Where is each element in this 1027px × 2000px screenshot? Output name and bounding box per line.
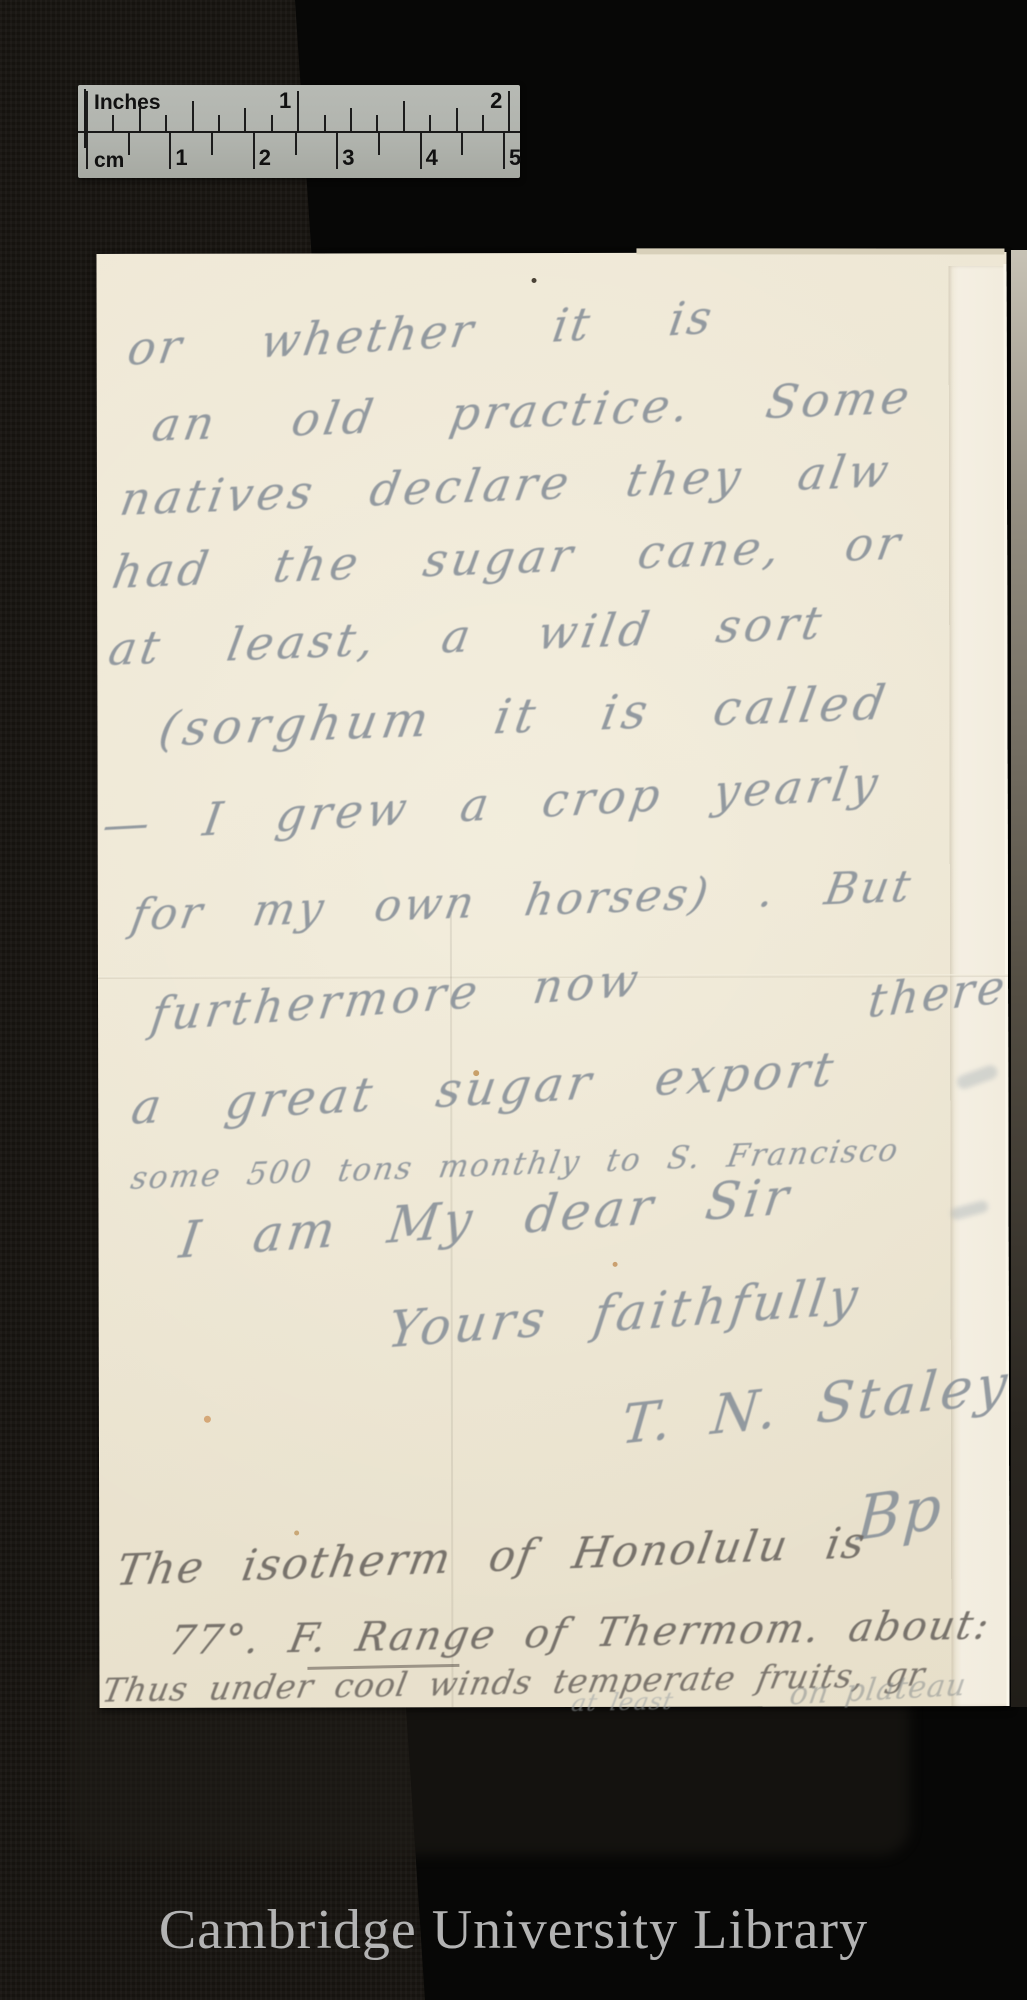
cm-tick xyxy=(503,133,505,169)
inch-tick xyxy=(482,115,484,131)
cm-tick xyxy=(420,133,422,169)
inch-tick xyxy=(376,115,378,131)
cm-tick xyxy=(253,133,255,169)
handwriting-line: (sorghum it is called xyxy=(156,678,894,753)
handwriting-line: had the sugar cane, or xyxy=(109,519,907,595)
measurement-ruler: Inches cm 12 12345 xyxy=(78,85,520,178)
letter-page: or whether it isan old practice. Somenat… xyxy=(96,252,1009,1708)
handwriting-line: a great sugar export xyxy=(128,1045,840,1132)
paper-speck xyxy=(532,278,537,283)
cm-tick xyxy=(461,133,463,155)
inch-tick xyxy=(324,115,326,131)
handwriting-line: Yours faithfully xyxy=(385,1271,865,1356)
inch-tick xyxy=(112,115,114,131)
handwriting-line: at least xyxy=(570,1689,676,1715)
photo-stage: Inches cm 12 12345 or whether it isan ol… xyxy=(0,0,1027,2000)
underlying-page-edge xyxy=(636,248,1004,254)
cm-number: 4 xyxy=(426,147,438,169)
cm-tick xyxy=(169,133,171,169)
handwriting-line: on plateau xyxy=(788,1671,969,1711)
inch-tick xyxy=(86,91,88,131)
ruler-inches-label: Inches xyxy=(94,91,161,115)
handwriting-line: natives declare they alw xyxy=(117,447,896,522)
handwriting-line: 77°. F. Range of Thermom. about: 20 xyxy=(165,1604,1027,1662)
paper-speck xyxy=(294,1531,299,1536)
inch-tick xyxy=(508,91,510,131)
cm-number: 2 xyxy=(259,147,271,169)
paper-speck xyxy=(204,1416,211,1423)
cm-tick xyxy=(336,133,338,169)
cm-number: 3 xyxy=(342,147,354,169)
inch-tick xyxy=(297,91,299,131)
handwriting-line: — I grew a crop yearly xyxy=(100,759,885,848)
inch-tick xyxy=(429,115,431,131)
paper-speck xyxy=(613,1262,618,1267)
cm-number: 1 xyxy=(175,147,187,169)
ruler-cm-label: cm xyxy=(94,149,124,173)
library-watermark: Cambridge University Library xyxy=(0,1898,1027,1962)
inch-number: 2 xyxy=(476,90,502,112)
handwriting-line: an old practice. Some xyxy=(149,373,917,447)
cm-tick xyxy=(128,133,130,155)
handwriting-line: at least, a wild sort xyxy=(105,599,829,672)
inch-number: 1 xyxy=(265,90,291,112)
handwriting-line: Bp xyxy=(855,1477,945,1550)
cm-tick xyxy=(86,133,88,169)
handwriting-line: furthermore now xyxy=(148,956,645,1038)
inch-tick xyxy=(350,108,352,131)
handwriting-line: or whether it is xyxy=(125,294,718,372)
ruler-divider-line xyxy=(78,131,520,133)
mount-edge-strip xyxy=(1011,250,1027,1707)
inch-tick xyxy=(139,108,141,131)
cm-tick xyxy=(295,133,297,155)
handwriting-line: The isotherm of Honolulu is xyxy=(113,1522,869,1593)
handwriting-line: for my own horses) . But xyxy=(128,865,917,938)
inch-tick xyxy=(403,101,405,131)
cm-number: 5 xyxy=(509,147,521,169)
inch-tick xyxy=(271,115,273,131)
inch-tick xyxy=(244,108,246,131)
cm-tick xyxy=(378,133,380,155)
inch-tick xyxy=(192,101,194,131)
inch-tick xyxy=(218,115,220,131)
inch-tick xyxy=(165,115,167,131)
cm-tick xyxy=(211,133,213,155)
inch-tick xyxy=(456,108,458,131)
